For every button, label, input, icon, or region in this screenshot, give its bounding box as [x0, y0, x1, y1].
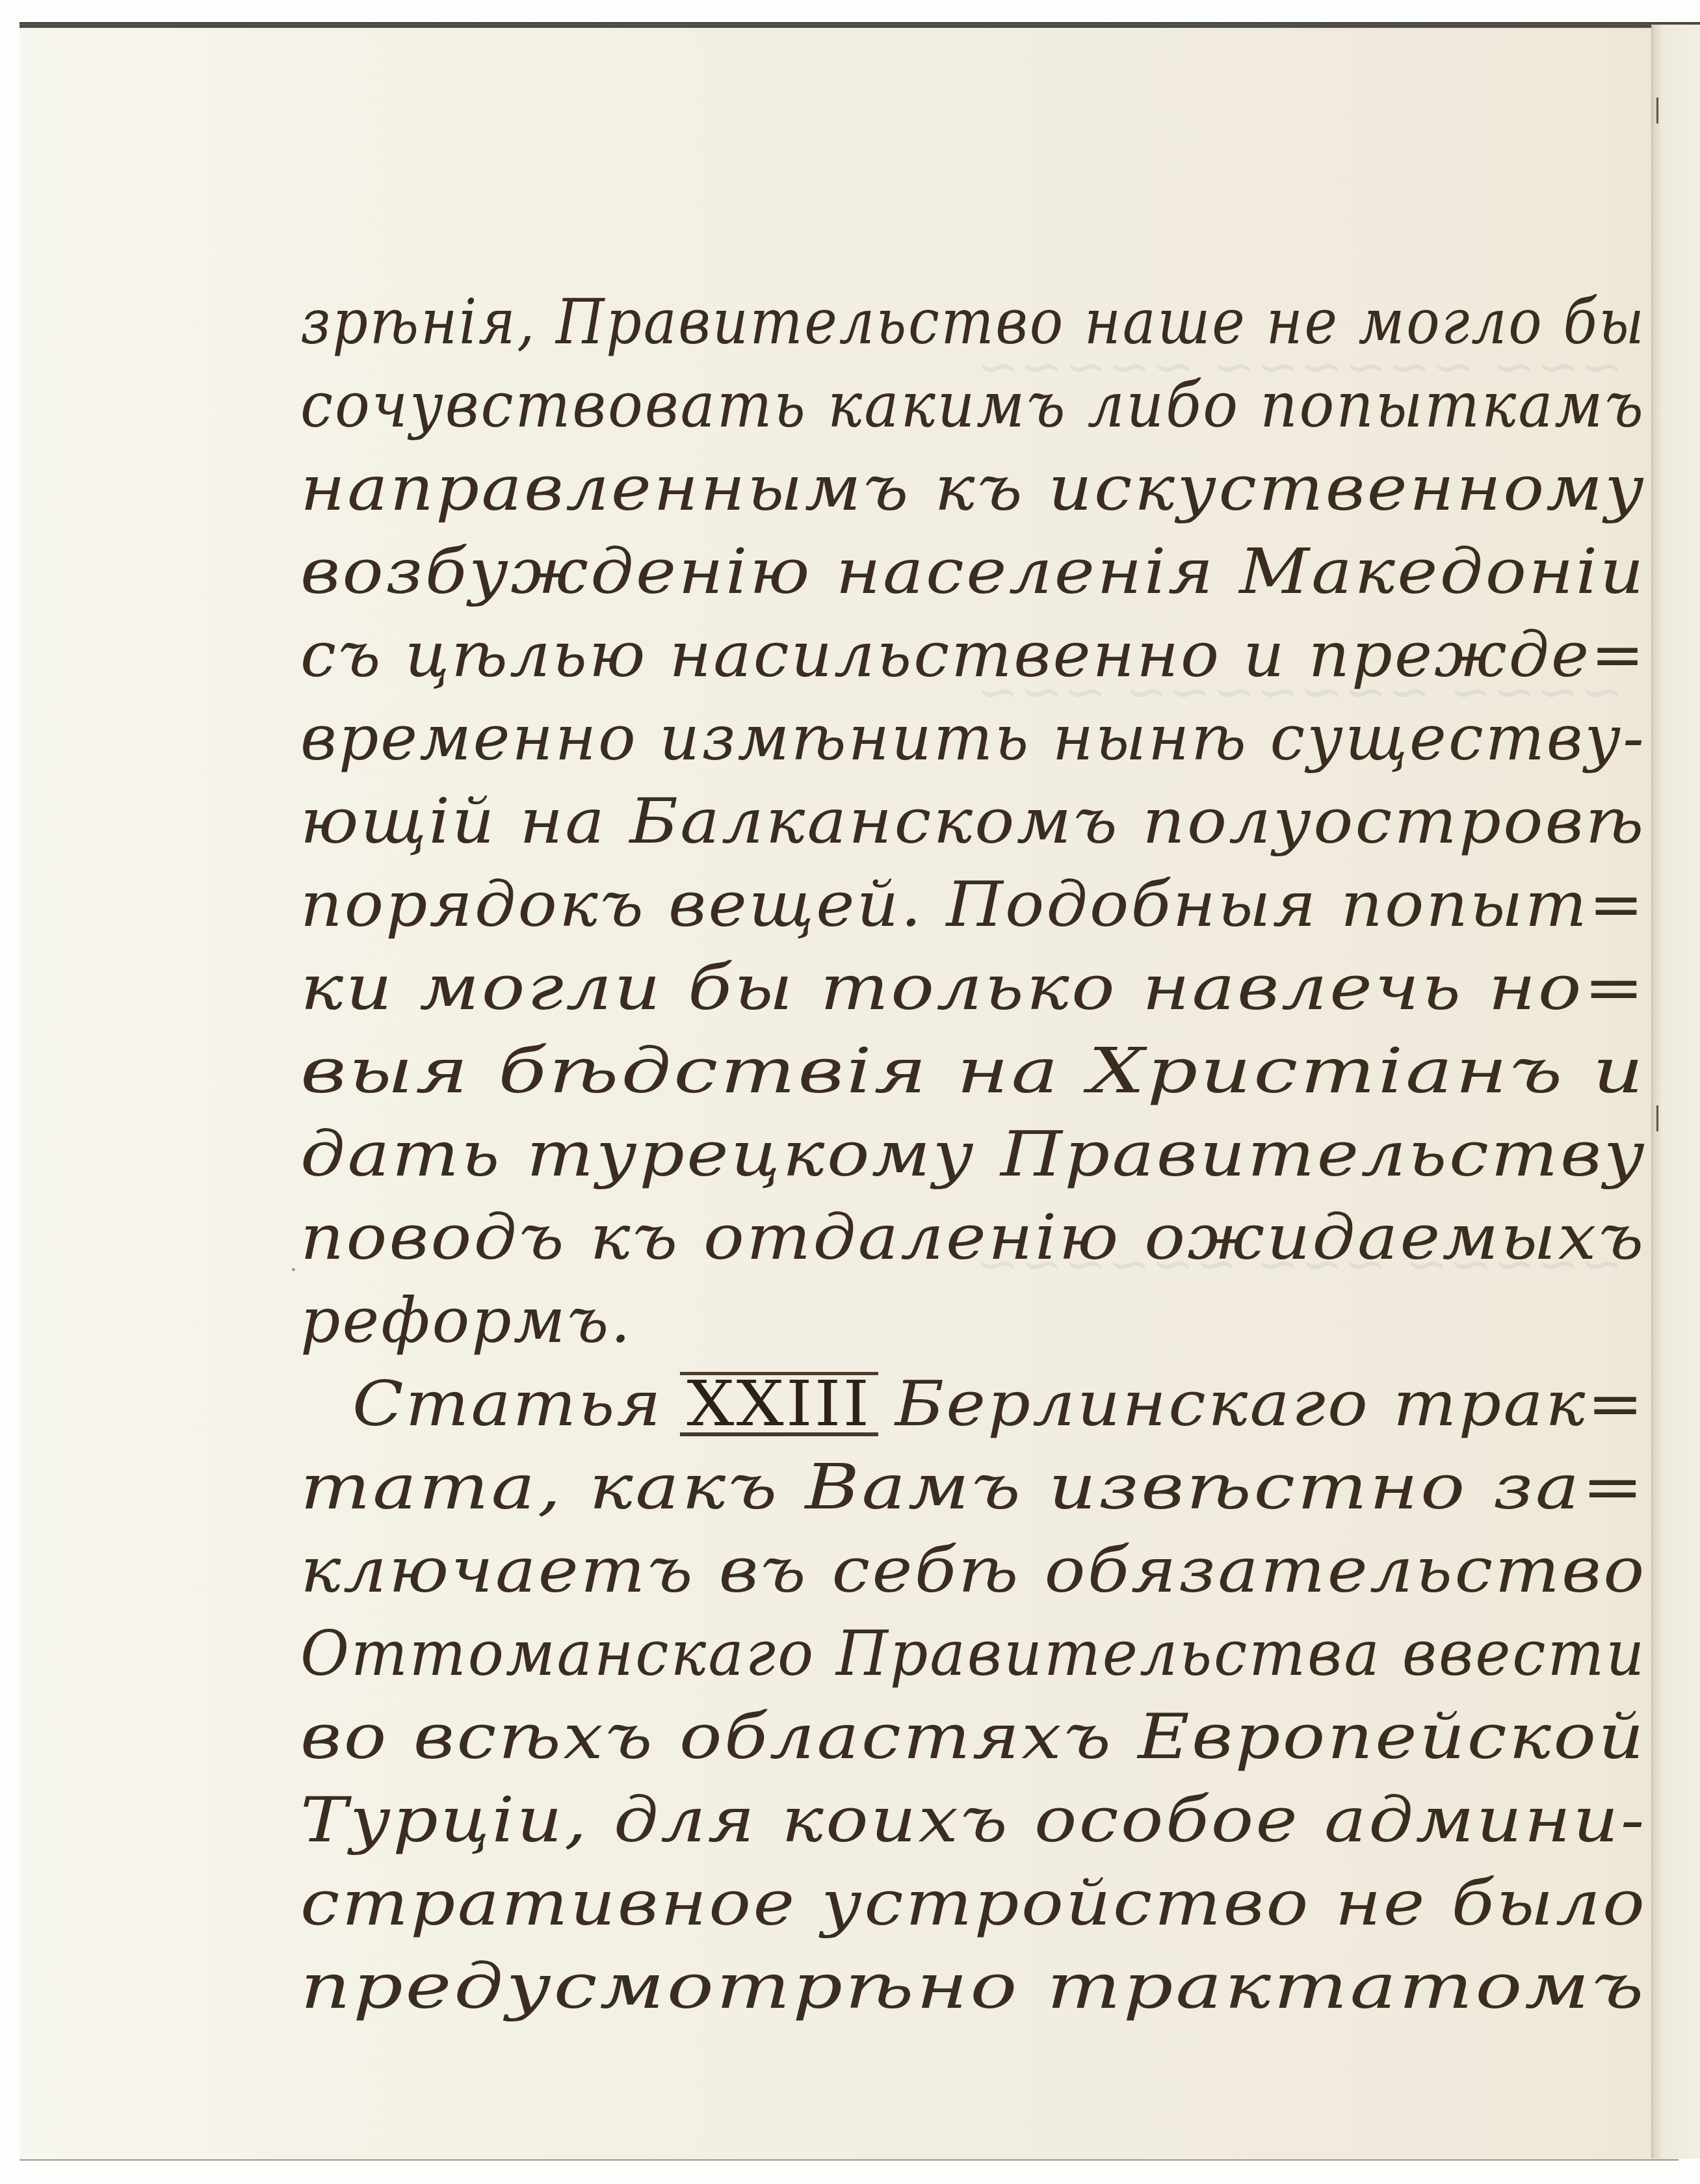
text-line: временно измѣнить нынѣ существу- [300, 702, 1646, 774]
text-line: поводъ къ отдаленію ожидаемыхъ [300, 1202, 1645, 1273]
fold-mark [1656, 98, 1658, 124]
text-line: ющій на Балканскомъ полуостровѣ [300, 785, 1646, 857]
text-line-article-heading: СтатьяXXIIIБерлинскаго трак= [352, 1368, 1645, 1440]
article-number-underlined: XXIII [680, 1372, 878, 1436]
text-line: зрѣнія, Правительство наше не могло бы [300, 286, 1646, 358]
adjacent-page-edge [1651, 25, 1700, 2159]
margin-smudge: · [289, 1255, 298, 1285]
text-line: порядокъ вещей. Подобныя попыт= [300, 869, 1645, 940]
text-line: ки могли бы только навлечь но= [300, 952, 1646, 1023]
text-line: стративное устройство не было [300, 1867, 1647, 1939]
text-line: Турціи, для коихъ особое админи- [300, 1784, 1647, 1856]
fold-mark [1656, 1105, 1658, 1131]
text-line: возбужденію населенія Македоніи [300, 536, 1646, 607]
text-line: сочувствовать какимъ либо попыткамъ [300, 369, 1645, 441]
article-word: Статья [352, 1368, 663, 1440]
text-line: во всѣхъ областяхъ Европейской [300, 1701, 1646, 1772]
text-line: выя бѣдствія на Христіанъ и [300, 1035, 1646, 1107]
text-line: реформъ. [300, 1285, 633, 1356]
text-line: ключаетъ въ себѣ обязательство [300, 1534, 1647, 1606]
text-line: тата, какъ Вамъ извѣстно за= [300, 1451, 1646, 1523]
text-line: предусмотрѣно трактатомъ [300, 1951, 1646, 2022]
text-line: Оттоманскаго Правительства ввести [300, 1618, 1646, 1689]
treaty-word: Берлинскаго трак= [895, 1368, 1645, 1440]
text-line: съ цѣлью насильственно и прежде= [300, 619, 1646, 691]
text-line: направленнымъ къ искуственному [300, 453, 1646, 524]
text-line: дать турецкому Правительству [300, 1118, 1647, 1190]
